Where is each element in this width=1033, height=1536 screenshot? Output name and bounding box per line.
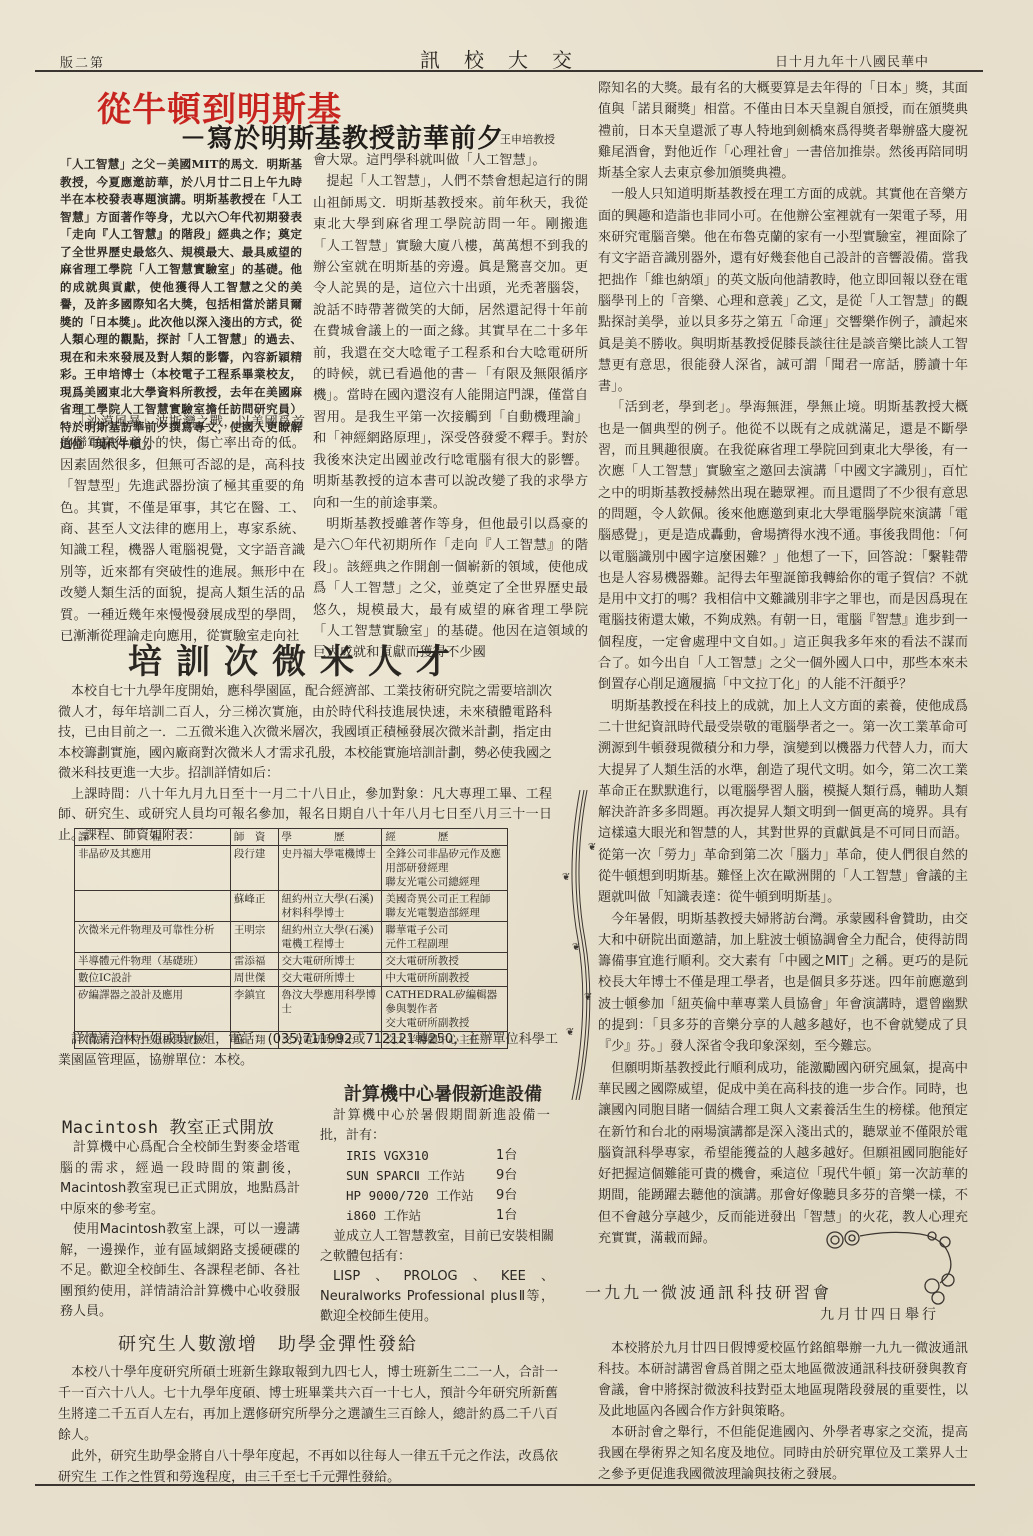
column-header: 師 資 [230, 829, 278, 846]
cell-experience: 全鋒公司非晶矽元作及應用部研發經理 聯友光電公司總經理 [382, 846, 508, 891]
paragraph: 會大眾。這門學科就叫做「人工智慧」。 [313, 150, 588, 171]
lead-byline: 王申培教授 [500, 131, 555, 147]
cell-course: 次微米元件物理及可靠性分析 [75, 922, 231, 953]
cell-teacher: 蘇峰正 [230, 891, 278, 922]
table-row: 矽編譯器之設計及應用李鎮宜魯汶大學應用科學博士CATHEDRAL矽編輯器 參與製… [75, 987, 508, 1032]
item-qty: 9台 [496, 1186, 536, 1206]
list-item: HP 9000/720 工作站9台 [334, 1186, 536, 1206]
cell-education: 史丹福大學電機博士 [278, 846, 382, 891]
cell-course: 矽編譯器之設計及應用 [75, 987, 231, 1032]
item-qty: 1台 [496, 1206, 536, 1226]
lead-col1-text: 「沙漠風暴」波斯灣之戰，以美國爲首的聯軍贏得意外的快，傷亡率出奇的低。因素固然很… [60, 412, 305, 647]
bottom-rule [35, 1484, 975, 1486]
cell-course: 半導體元件物理（基礎班） [75, 953, 231, 970]
list-item: SUN SPARCⅡ 工作站9台 [334, 1166, 536, 1186]
item-qty: 1台 [496, 1146, 536, 1166]
cell-teacher: 雷添福 [230, 953, 278, 970]
svg-text:❦: ❦ [588, 842, 596, 853]
item-qty: 9台 [496, 1166, 536, 1186]
paragraph: 計算機中心於暑假期間新進設備一批，計有： [320, 1106, 550, 1146]
item-name: HP 9000/720 工作站 [334, 1186, 496, 1206]
graduate-body: 本校八十學年度研究所碩士班新生錄取報到九四七人，博士班新生二二一人，合計一千一百… [58, 1362, 558, 1488]
microwave-body: 本校將於九月廿四日假博愛校區竹銘館舉辦一九九一微波通訊科技。本研討講習會爲首開之… [598, 1338, 968, 1485]
cell-experience: 交大電研所教授 [382, 953, 508, 970]
equipment-headline: 計算機中心暑假新進設備 [344, 1080, 542, 1106]
table-row: 次微米元件物理及可靠性分析王明宗紐約州立大學(石溪)電機工程博士聯華電子公司 元… [75, 922, 508, 953]
microwave-headline: 一九九一微波通訊科技研習會 [585, 1280, 832, 1303]
cell-course: 數位IC設計 [75, 970, 231, 987]
table-row: 數位IC設計周世傑交大電研所博士中大電研所副教授 [75, 970, 508, 987]
edition-label: 版二第 [60, 52, 105, 71]
masthead-rule [35, 70, 983, 72]
paragraph: 本校將於九月廿四日假博愛校區竹銘館舉辦一九九一微波通訊科技。本研討講習會爲首開之… [598, 1338, 968, 1422]
cell-experience: 美國奇異公司正工程師 聯友光電製造部經理 [382, 891, 508, 922]
paragraph: 際知名的大獎。最有名的大概要算是去年得的「日本」獎，其面值與「諾貝爾獎」相當。不… [598, 78, 968, 184]
paragraph: 本校八十學年度研究所碩士班新生錄取報到九四七人，博士班新生二二一人，合計一千一百… [58, 1362, 558, 1446]
paragraph: 「活到老，學到老」。學海無涯，學無止境。明斯基教授大概也是一個典型的例子。他從不… [598, 397, 968, 695]
lead-col2: 會大眾。這門學科就叫做「人工智慧」。 提起「人工智慧」，人們不禁會想起這行的開山… [313, 150, 588, 664]
issue-date: 日十月九年十八國民華中 [775, 51, 929, 70]
item-name: IRIS VGX310 [334, 1146, 496, 1166]
paragraph: 使用Macintosh教室上課，可以一邊講解，一邊操作，並有區域網路支援硬碟的不… [60, 1220, 300, 1323]
cell-teacher: 王明宗 [230, 922, 278, 953]
column-header: 課 程 [75, 829, 231, 846]
paragraph: LISP、PROLOG、KEE、Neuralworks Professional… [320, 1267, 554, 1327]
equipment-list: IRIS VGX3101台 SUN SPARCⅡ 工作站9台 HP 9000/7… [334, 1146, 536, 1226]
paragraph: 本研討會之舉行，不但能促進國內、外學者專家之交流，提高我國在學術界之知名度及地位… [598, 1422, 968, 1485]
paragraph: 但願明斯基教授此行順利成功，能激勵國內研究風氣，提高中華民國之國際威望，促成中美… [598, 1058, 968, 1250]
cell-teacher: 段行建 [230, 846, 278, 891]
paragraph: 提起「人工智慧」，人們不禁會想起這行的開山祖師馬文．明斯基教授來。前年秋天，我從… [313, 171, 588, 514]
cell-education: 交大電研所博士 [278, 970, 382, 987]
cell-teacher: 周世傑 [230, 970, 278, 987]
cell-education: 魯汶大學應用科學博士 [278, 987, 382, 1032]
vine-divider-icon: ❦❦❦ ❦❦ [560, 790, 600, 1100]
table-header-row: 課 程 師 資 學 歷 經 歷 [75, 829, 508, 846]
item-name: i860 工作站 [334, 1206, 496, 1226]
cell-experience: 中大電研所副教授 [382, 970, 508, 987]
item-name: SUN SPARCⅡ 工作站 [334, 1166, 496, 1186]
list-item: IRIS VGX3101台 [334, 1146, 536, 1166]
list-item: i860 工作站1台 [334, 1206, 536, 1226]
paragraph: 計算機中心爲配合全校師生對麥金塔電腦的需求，經過一段時間的策劃後，Macinto… [60, 1138, 300, 1220]
course-table: 課 程 師 資 學 歷 經 歷 非晶矽及其應用段行建史丹福大學電機博士全鋒公司非… [74, 828, 508, 1049]
lead-intro: 「人工智慧」之父－美國MIT的馬文．明斯基教授，今夏應邀訪華，於八月廿二日上午九… [60, 156, 302, 454]
paragraph: 此外，研究生助學金將自八十學年度起，不再如以往每人一律五千元之作法，改爲依研究生… [58, 1446, 558, 1488]
column-header: 學 歷 [278, 829, 382, 846]
lead-intro-text: 「人工智慧」之父－美國MIT的馬文．明斯基教授，今夏應邀訪華，於八月廿二日上午九… [60, 156, 302, 454]
newspaper-name: 訊校大交 [420, 44, 596, 73]
svg-text:❦: ❦ [572, 942, 580, 953]
mac-body: 計算機中心爲配合全校師生對麥金塔電腦的需求，經過一段時間的策劃後，Macinto… [60, 1138, 300, 1323]
cell-experience: CATHEDRAL矽編輯器 參與製作者 交大電研所副教授 [382, 987, 508, 1032]
svg-text:❦: ❦ [566, 1027, 574, 1038]
table-row: 半導體元件物理（基礎班）雷添福交大電研所博士交大電研所教授 [75, 953, 508, 970]
svg-text:❦: ❦ [584, 992, 592, 1003]
mac-headline: Macintosh 教室正式開放 [62, 1113, 274, 1138]
paragraph: 並成立人工智慧教室，目前已安裝相關之軟體包括有： [320, 1227, 554, 1267]
submicron-footer: 詳情請洽林小姐或吳小姐，電話：(035)711992或712121轉250，主辦… [58, 1030, 558, 1071]
paragraph: 一般人只知道明斯基教授在理工方面的成就。其實他在音樂方面的興趣和造詣也非同小可。… [598, 184, 968, 397]
column-header: 經 歷 [382, 829, 508, 846]
submicron-headline: 培訓次微米人才 [128, 634, 464, 683]
cell-course [75, 891, 231, 922]
table-row: 非晶矽及其應用段行建史丹福大學電機博士全鋒公司非晶矽元作及應用部研發經理 聯友光… [75, 846, 508, 891]
lead-col3: 際知名的大獎。最有名的大概要算是去年得的「日本」獎，其面值與「諾貝爾獎」相當。不… [598, 78, 968, 1249]
svg-text:❦: ❦ [562, 872, 570, 883]
paragraph: 本校自七十九學年度開始，應科學園區，配合經濟部、工業技術研究院之需要培訓次微人才… [58, 682, 552, 785]
submicron-body: 本校自七十九學年度開始，應科學園區，配合經濟部、工業技術研究院之需要培訓次微人才… [58, 682, 552, 846]
table-row: 蘇峰正紐約州立大學(石溪)材料科學博士美國奇異公司正工程師 聯友光電製造部經理 [75, 891, 508, 922]
cell-education: 紐約州立大學(石溪)材料科學博士 [278, 891, 382, 922]
cell-education: 紐約州立大學(石溪)電機工程博士 [278, 922, 382, 953]
equipment-intro: 計算機中心於暑假期間新進設備一批，計有： [320, 1106, 550, 1146]
contact-info: 詳情請洽林小姐或吳小姐，電話：(035)711992或712121轉250，主辦… [58, 1030, 558, 1071]
lead-col1: 「沙漠風暴」波斯灣之戰，以美國爲首的聯軍贏得意外的快，傷亡率出奇的低。因素固然很… [60, 412, 305, 647]
microwave-date: 九月廿四日舉行 [820, 1304, 939, 1324]
paragraph: 明斯基教授在科技上的成就，加上人文方面的素養，使他成爲二十世紀資訊時代最受崇敬的… [598, 696, 968, 909]
graduate-headline: 研究生人數激增 助學金彈性發給 [118, 1330, 418, 1356]
cloud-ornament-icon [820, 1228, 970, 1308]
cell-course: 非晶矽及其應用 [75, 846, 231, 891]
cell-education: 交大電研所博士 [278, 953, 382, 970]
cell-experience: 聯華電子公司 元件工程副理 [382, 922, 508, 953]
cell-teacher: 李鎮宜 [230, 987, 278, 1032]
paragraph: 今年暑假，明斯基教授夫婦將訪台灣。承蒙國科會贊助，由交大和中研院出面邀請，加上駐… [598, 909, 968, 1058]
equipment-outro: 並成立人工智慧教室，目前已安裝相關之軟體包括有： LISP、PROLOG、KEE… [320, 1227, 554, 1327]
